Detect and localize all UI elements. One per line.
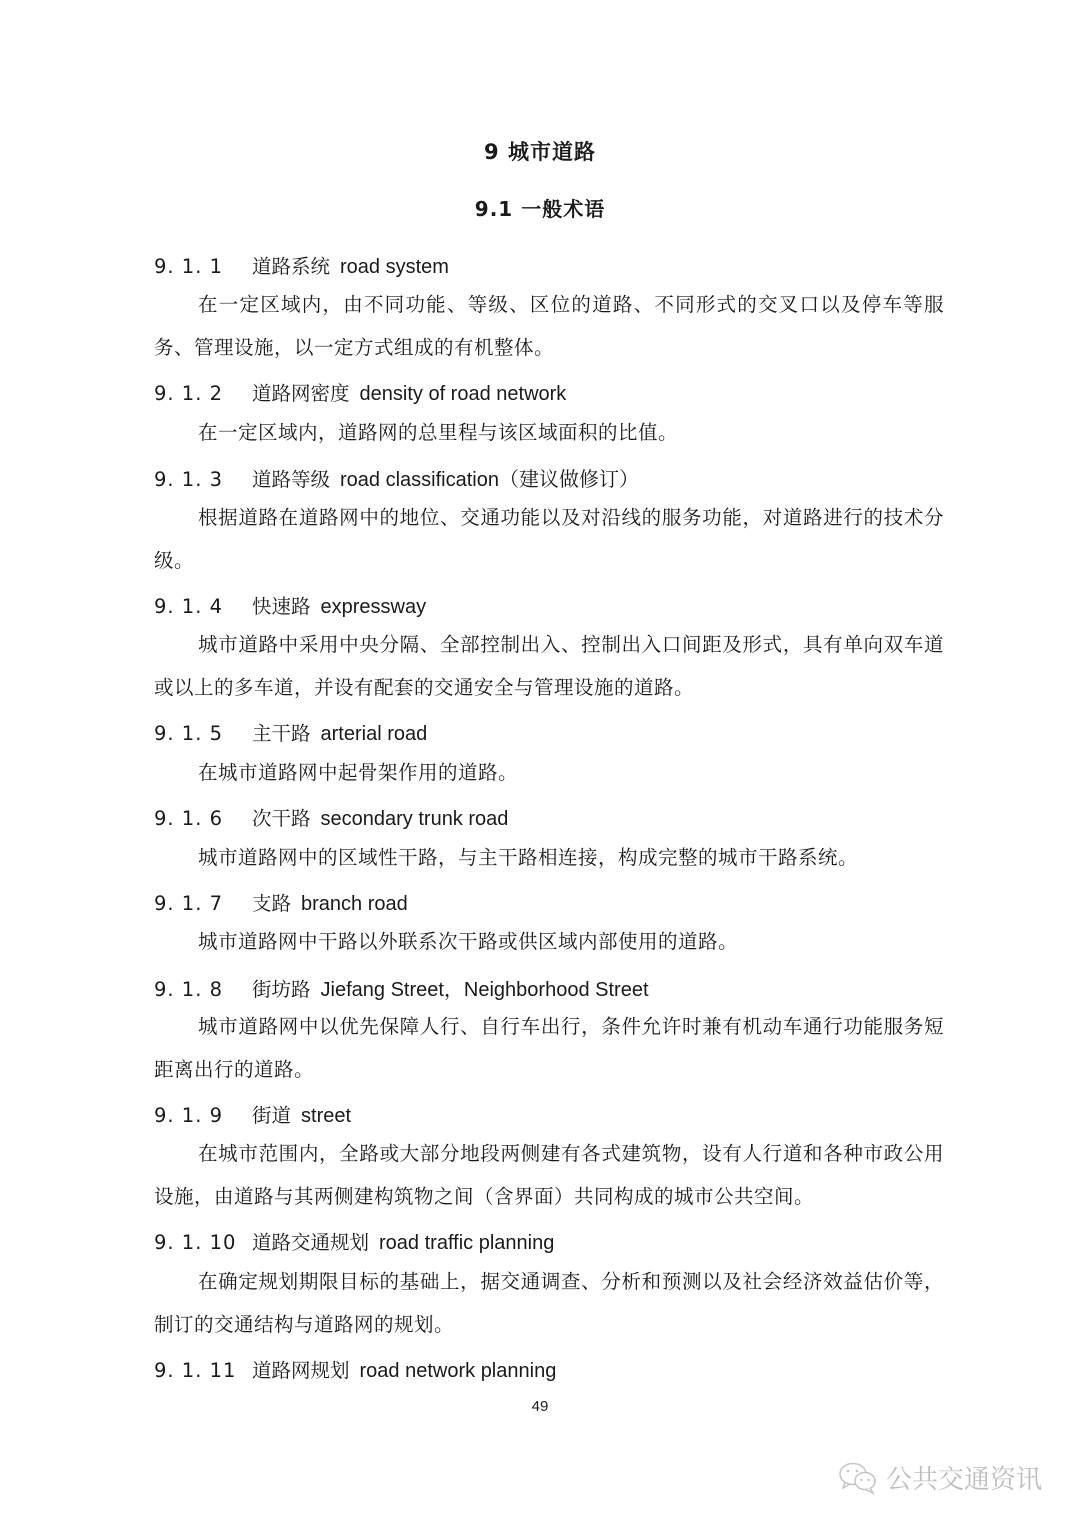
document-page: 9 城市道路 9.1 一般术语 9. 1. 1道路系统road system 在… [0,0,1080,1527]
term-heading: 9. 1. 10道路交通规划road traffic planning [154,1227,554,1255]
term-chinese: 主干路 [252,722,311,745]
term-definition: 在城市范围内，全路或大部分地段两侧建有各式建筑物，设有人行道和各种市政公用设施，… [154,1133,944,1218]
term-chinese: 支路 [252,892,291,915]
term-number: 9. 1. 6 [154,807,252,830]
term-number: 9. 1. 7 [154,892,252,915]
term-english: branch road [301,893,408,915]
chapter-title: 9 城市道路 [0,136,1080,166]
term-number: 9. 1. 4 [154,595,252,618]
term-english: Jiefang Street，Neighborhood Street [321,979,649,1001]
term-english: arterial road [321,723,428,745]
term-definition: 城市道路网中以优先保障人行、自行车出行，条件允许时兼有机动车通行功能服务短距离出… [154,1006,944,1091]
term-number: 9. 1. 8 [154,978,252,1001]
term-definition: 在确定规划期限目标的基础上，据交通调查、分析和预测以及社会经济效益估价等，制订的… [154,1261,944,1346]
term-number: 9. 1. 3 [154,468,252,491]
term-heading: 9. 1. 11道路网规划road network planning [154,1355,556,1383]
section-title: 9.1 一般术语 [0,193,1080,222]
wechat-icon [838,1461,878,1495]
term-chinese: 道路交通规划 [252,1231,369,1254]
term-definition: 在一定区域内，道路网的总里程与该区域面积的比值。 [154,412,944,455]
term-english: road network planning [360,1360,557,1382]
term-heading: 9. 1. 8街坊路Jiefang Street，Neighborhood St… [154,973,649,1002]
term-chinese: 道路等级 [252,468,330,491]
term-english: secondary trunk road [321,808,509,830]
term-chinese: 道路网密度 [252,382,350,405]
term-heading: 9. 1. 9街道street [154,1100,351,1128]
term-chinese: 街坊路 [252,978,311,1001]
term-heading: 9. 1. 1道路系统road system [154,251,449,279]
term-number: 9. 1. 2 [154,382,252,405]
term-chinese: 快速路 [252,595,311,618]
term-chinese: 街道 [252,1104,291,1127]
term-english: road classification（建议做修订） [340,469,639,491]
term-definition: 城市道路中采用中央分隔、全部控制出入、控制出入口间距及形式，具有单向双车道或以上… [154,624,944,709]
term-definition: 城市道路网中的区域性干路，与主干路相连接，构成完整的城市干路系统。 [154,837,944,880]
term-english: road traffic planning [379,1232,554,1254]
term-chinese: 道路系统 [252,255,330,278]
term-chinese: 次干路 [252,807,311,830]
term-number: 9. 1. 11 [154,1359,252,1382]
term-chinese: 道路网规划 [252,1359,350,1382]
term-english: street [301,1105,351,1127]
term-english: road system [340,256,449,278]
term-number: 9. 1. 9 [154,1104,252,1127]
term-heading: 9. 1. 4快速路expressway [154,591,426,619]
term-heading: 9. 1. 5主干路arterial road [154,718,427,746]
term-english: expressway [321,596,427,618]
term-number: 9. 1. 5 [154,722,252,745]
watermark: 公共交通资讯 [838,1459,1042,1496]
term-heading: 9. 1. 6次干路secondary trunk road [154,803,508,831]
term-definition: 根据道路在道路网中的地位、交通功能以及对沿线的服务功能，对道路进行的技术分级。 [154,497,944,582]
term-definition: 在城市道路网中起骨架作用的道路。 [154,752,944,795]
watermark-text: 公共交通资讯 [886,1459,1042,1496]
term-heading: 9. 1. 7支路branch road [154,888,408,916]
term-definition: 在一定区域内，由不同功能、等级、区位的道路、不同形式的交叉口以及停车等服务、管理… [154,284,944,369]
term-number: 9. 1. 10 [154,1231,252,1254]
term-english: density of road network [360,383,567,405]
term-definition: 城市道路网中干路以外联系次干路或供区域内部使用的道路。 [154,921,944,964]
page-number: 49 [0,1398,1080,1415]
term-number: 9. 1. 1 [154,255,252,278]
term-heading: 9. 1. 2道路网密度density of road network [154,378,566,406]
term-heading: 9. 1. 3道路等级road classification（建议做修订） [154,463,639,492]
